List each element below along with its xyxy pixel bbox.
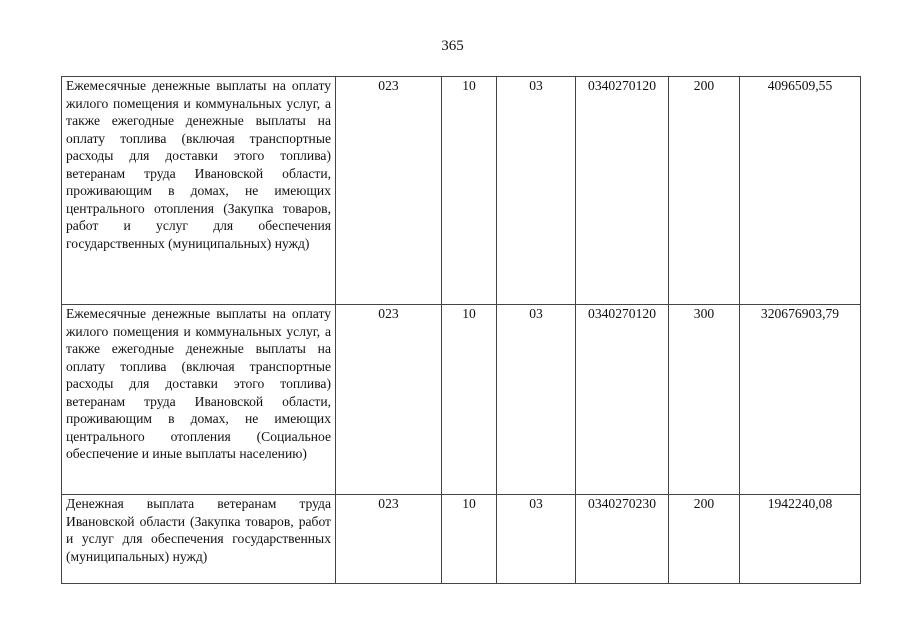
amount: 1942240,08	[740, 495, 861, 584]
target-article-code: 0340270120	[576, 305, 669, 495]
amount: 320676903,79	[740, 305, 861, 495]
subsection-code: 03	[497, 305, 576, 495]
expense-type-code: 200	[669, 495, 740, 584]
department-code: 023	[336, 495, 442, 584]
department-code: 023	[336, 77, 442, 305]
amount: 4096509,55	[740, 77, 861, 305]
section-code: 10	[442, 77, 497, 305]
section-code: 10	[442, 305, 497, 495]
department-code: 023	[336, 305, 442, 495]
expense-description: Денежная выплата ветеранам труда Ивановс…	[62, 495, 336, 584]
subsection-code: 03	[497, 495, 576, 584]
subsection-code: 03	[497, 77, 576, 305]
expense-type-code: 200	[669, 77, 740, 305]
section-code: 10	[442, 495, 497, 584]
page-number: 365	[0, 38, 905, 55]
expense-description: Ежемесячные денежные выплаты на оплату ж…	[62, 77, 336, 305]
expense-type-code: 300	[669, 305, 740, 495]
table-row: Ежемесячные денежные выплаты на оплату ж…	[62, 77, 861, 305]
expense-description: Ежемесячные денежные выплаты на оплату ж…	[62, 305, 336, 495]
target-article-code: 0340270230	[576, 495, 669, 584]
table-row: Ежемесячные денежные выплаты на оплату ж…	[62, 305, 861, 495]
target-article-code: 0340270120	[576, 77, 669, 305]
table-row: Денежная выплата ветеранам труда Ивановс…	[62, 495, 861, 584]
budget-table: Ежемесячные денежные выплаты на оплату ж…	[61, 76, 861, 584]
